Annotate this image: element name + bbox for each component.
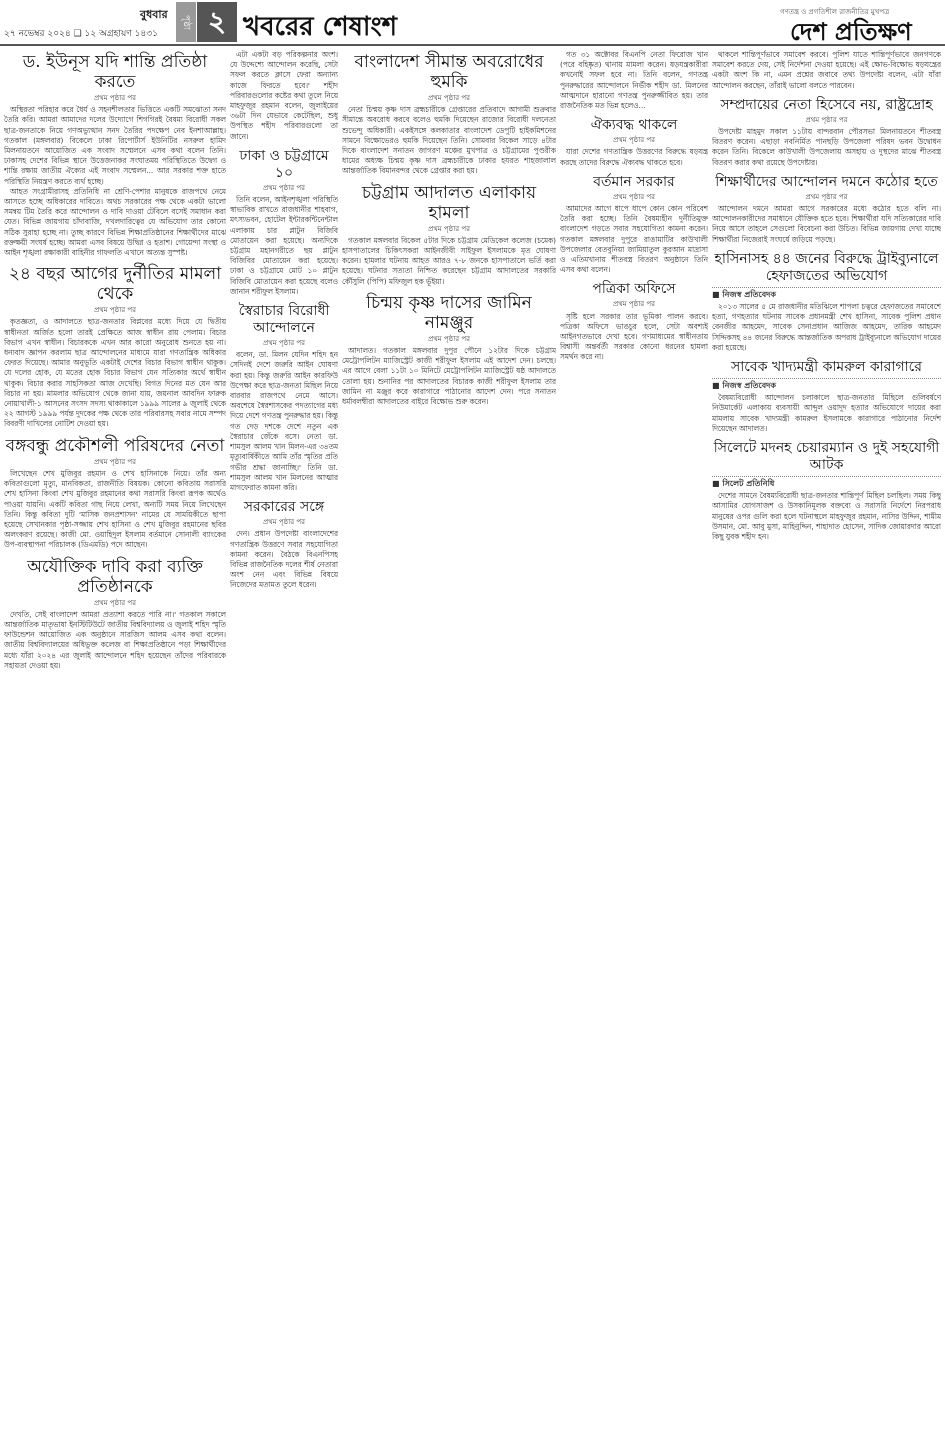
article-body: নেতা চিন্ময় কৃষ্ণ দাস ব্রহ্মচারীকে গ্রে…	[342, 105, 556, 176]
article-body: আমাদের আগে ধাপে ধাপে কোন কোন পরিবেশ তৈরি…	[560, 204, 708, 275]
article-body: সৃষ্টি হলে সরকার তার ভূমিকা পালন করবে। প…	[560, 312, 708, 363]
continued-label: প্রথম পৃষ্ঠার পর	[230, 517, 338, 527]
headline[interactable]: বর্তমান সরকার	[560, 174, 708, 191]
page-tag: পৃষ্ঠা	[176, 2, 196, 42]
article-chinmoy-bail: চিন্ময় কৃষ্ণ দাসের জামিন নামঞ্জুর প্রথম…	[342, 293, 556, 407]
headline[interactable]: সম্প্রদায়ের নেতা হিসেবে নয়, রাষ্ট্রদ্র…	[712, 97, 941, 114]
headline[interactable]: হাসিনাসহ ৪৪ জনের বিরুদ্ধে ট্রাইব্যুনালে …	[712, 251, 941, 285]
article-yunus: ড. ইউনূস যদি শান্তি প্রতিষ্ঠা করতে প্রথম…	[4, 52, 226, 258]
article-body: তিনি বলেন, আইনশৃঙ্খলা পরিস্থিতি স্বাভাবি…	[230, 195, 338, 297]
headline[interactable]: ঢাকা ও চট্টগ্রামে ১০	[230, 148, 338, 182]
column-4: গত ৩১ অক্টোবর বিএনপি নেতা ফিরোজ খান (পরে…	[560, 50, 708, 1448]
page-number: ২	[197, 2, 237, 42]
page-title: খবরের শেষাংশ	[243, 6, 397, 50]
article-dhaka-ctg: ঢাকা ও চট্টগ্রামে ১০ প্রথম পৃষ্ঠার পর তি…	[230, 148, 338, 297]
article-body: যারা দেশের গণতান্ত্রিক উত্তরণের বিরুদ্ধে…	[560, 147, 708, 167]
article-body: ২০১৩ সালের ৫ মে রাজধানীর মতিঝিলে শাপলা চ…	[712, 302, 941, 353]
article-newspaper-office: পত্রিকা অফিসে প্রথম পৃষ্ঠার পর সৃষ্টি হল…	[560, 281, 708, 362]
article-body: লিখেছেন শেখ মুজিবুর রহমান ও শেখ হাসিনাকে…	[4, 469, 226, 551]
continued-label: প্রথম পৃষ্ঠার পর	[4, 457, 226, 467]
headline[interactable]: ঐক্যবদ্ধ থাকলে	[560, 117, 708, 134]
continued-label: প্রথম পৃষ্ঠার পর	[4, 598, 226, 608]
article-body: বৈষম্যবিরোধী আন্দোলন চলাকালে ছাত্র-জনতার…	[712, 393, 941, 434]
article-sylhet-arrest: সিলেটে মদনহ চেয়ারম্যান ও দুই সহযোগী আটক…	[712, 440, 941, 542]
article-current-govt: বর্তমান সরকার প্রথম পৃষ্ঠার পর আমাদের আগ…	[560, 174, 708, 276]
continued-label: প্রথম পৃষ্ঠার পর	[230, 338, 338, 348]
byline: ■ নিজস্ব প্রতিবেদক	[712, 287, 941, 300]
headline[interactable]: সিলেটে মদনহ চেয়ারম্যান ও দুই সহযোগী আটক	[712, 440, 941, 474]
article-students-protest: শিক্ষার্থীদের আন্দোলন দমনে কঠোর হতে প্রথ…	[712, 174, 941, 245]
headline[interactable]: চিন্ময় কৃষ্ণ দাসের জামিন নামঞ্জুর	[342, 293, 556, 333]
newspaper-logo: দেশ প্রতিক্ষণ	[790, 14, 912, 54]
masthead: বুধবার ২৭ নভেম্বর ২০২৪ ❑ ১২ অগ্রহায়ণ ১৪…	[0, 0, 945, 46]
continued-label: প্রথম পৃষ্ঠার পর	[560, 192, 708, 202]
continued-label: প্রথম পৃষ্ঠার পর	[560, 135, 708, 145]
continued-label: প্রথম পৃষ্ঠার পর	[560, 299, 708, 309]
continued-label: প্রথম পৃষ্ঠার পর	[712, 192, 941, 202]
continued-label: প্রথম পৃষ্ঠার পর	[342, 224, 556, 234]
article-body: কৃতজ্ঞতা, ও আদালতে ছাত্র-জনতার বিপ্লবের …	[4, 317, 226, 429]
article-sedition: সম্প্রদায়ের নেতা হিসেবে নয়, রাষ্ট্রদ্র…	[712, 97, 941, 168]
headline[interactable]: ড. ইউনূস যদি শান্তি প্রতিষ্ঠা করতে	[4, 52, 226, 92]
article-tribunal: হাসিনাসহ ৪৪ জনের বিরুদ্ধে ট্রাইব্যুনালে …	[712, 251, 941, 353]
article-bangabandhu: বঙ্গবন্ধু প্রকৌশলী পরিষদের নেতা প্রথম পৃ…	[4, 436, 226, 551]
article-unity: ঐক্যবদ্ধ থাকলে প্রথম পৃষ্ঠার পর যারা দেশ…	[560, 117, 708, 168]
headline[interactable]: সরকারের সঙ্গে	[230, 499, 338, 516]
article-body: অস্থিরতা পরিহার করে ধৈর্য ও সহনশীলতার ভি…	[4, 105, 226, 187]
article-body: উপদেষ্টা মাহমুদ সকাল ১১টায় বান্দরবান পৌ…	[712, 127, 941, 168]
headline[interactable]: বঙ্গবন্ধু প্রকৌশলী পরিষদের নেতা	[4, 436, 226, 456]
continued-label: প্রথম পৃষ্ঠার পর	[342, 93, 556, 103]
headline[interactable]: চট্টগ্রাম আদালত এলাকায় হামলা	[342, 183, 556, 223]
article-body: গত ৩১ অক্টোবর বিএনপি নেতা ফিরোজ খান (পরে…	[560, 50, 708, 111]
article-unreasonable-demand: অযৌক্তিক দাবি করা ব্যক্তি প্রতিষ্ঠানকে প…	[4, 557, 226, 671]
article-body: গতকাল মঙ্গলবার বিকেল ৫টার দিকে চট্টগ্রাম…	[342, 236, 556, 287]
article-rally: থাকলে শান্তিপূর্ণভাবে সমাবেশ করবে। পুলিশ…	[712, 50, 941, 91]
issue-date: ২৭ নভেম্বর ২০২৪ ❑ ১২ অগ্রহায়ণ ১৪৩১	[4, 26, 158, 41]
article-body: এটা একটা বড় পরিকল্পনার অংশ। যে উদ্দেশ্য…	[230, 50, 338, 142]
article-corruption-case: ২৪ বছর আগের দুর্নীতির মামলা থেকে প্রথম প…	[4, 264, 226, 429]
headline[interactable]: অযৌক্তিক দাবি করা ব্যক্তি প্রতিষ্ঠানকে	[4, 557, 226, 597]
continued-label: প্রথম পৃষ্ঠার পর	[230, 183, 338, 193]
article-border-threat: বাংলাদেশ সীমান্ত অবরোধের হুমকি প্রথম পৃষ…	[342, 52, 556, 177]
issue-day: বুধবার	[140, 6, 168, 25]
column-middle: বাংলাদেশ সীমান্ত অবরোধের হুমকি প্রথম পৃষ…	[342, 50, 556, 1448]
column-left: ড. ইউনূস যদি শান্তি প্রতিষ্ঠা করতে প্রথম…	[4, 50, 226, 1448]
article-body: বলেন, ডা. মিলন যেদিন শহিদ হন সেদিনই দেশে…	[230, 350, 338, 493]
byline: ■ সিলেট প্রতিনিধি	[712, 476, 941, 489]
article-body: আন্দোলন দমনে আমরা আগে সরকারের মধ্যে কঠোর…	[712, 204, 941, 245]
continued-label: প্রথম পৃষ্ঠার পর	[4, 305, 226, 315]
continued-label: প্রথম পৃষ্ঠার পর	[4, 93, 226, 103]
byline: ■ নিজস্ব প্রতিবেদক	[712, 378, 941, 391]
headline[interactable]: ২৪ বছর আগের দুর্নীতির মামলা থেকে	[4, 264, 226, 304]
headline[interactable]: স্বৈরাচার বিরোধী আন্দোলনে	[230, 303, 338, 337]
article-body: আহত সংগ্রামীরাসহ প্রতিনিধি না শ্রেণি-পেশ…	[4, 187, 226, 258]
article-body: দেন। প্রধান উপদেষ্টা বাংলাদেশের গণতান্ত্…	[230, 529, 338, 590]
continued-label: প্রথম পৃষ্ঠার পর	[342, 334, 556, 344]
continued-label: প্রথম পৃষ্ঠার পর	[712, 115, 941, 125]
article-tribute: স্বৈরাচার বিরোধী আন্দোলনে প্রথম পৃষ্ঠার …	[230, 303, 338, 493]
column-right: থাকলে শান্তিপূর্ণভাবে সমাবেশ করবে। পুলিশ…	[712, 50, 941, 1448]
article-ex-minister: সাবেক খাদ্যমন্ত্রী কামরুল কারাগারে ■ নিজ…	[712, 359, 941, 434]
article-with-govt: সরকারের সঙ্গে প্রথম পৃষ্ঠার পর দেন। প্রধ…	[230, 499, 338, 590]
headline[interactable]: বাংলাদেশ সীমান্ত অবরোধের হুমকি	[342, 52, 556, 92]
article-plan: এটা একটা বড় পরিকল্পনার অংশ। যে উদ্দেশ্য…	[230, 50, 338, 142]
article-body: দেখতি, সেই বাংলাদেশ আমরা প্রত্যাশা করতে …	[4, 610, 226, 671]
headline[interactable]: পত্রিকা অফিসে	[560, 281, 708, 298]
article-body: দেশের সামনে বৈষম্যবিরোধী ছাত্র-জনতার শান…	[712, 491, 941, 542]
article-bnp-mid: গত ৩১ অক্টোবর বিএনপি নেতা ফিরোজ খান (পরে…	[560, 50, 708, 111]
article-ctg-court-attack: চট্টগ্রাম আদালত এলাকায় হামলা প্রথম পৃষ্…	[342, 183, 556, 287]
column-2: এটা একটা বড় পরিকল্পনার অংশ। যে উদ্দেশ্য…	[230, 50, 338, 1448]
headline[interactable]: সাবেক খাদ্যমন্ত্রী কামরুল কারাগারে	[712, 359, 941, 376]
article-body: আদালত। গতকাল মঙ্গলবার দুপুর পৌনে ১২টার দ…	[342, 346, 556, 407]
article-body: থাকলে শান্তিপূর্ণভাবে সমাবেশ করবে। পুলিশ…	[712, 50, 941, 91]
headline[interactable]: শিক্ষার্থীদের আন্দোলন দমনে কঠোর হতে	[712, 174, 941, 191]
